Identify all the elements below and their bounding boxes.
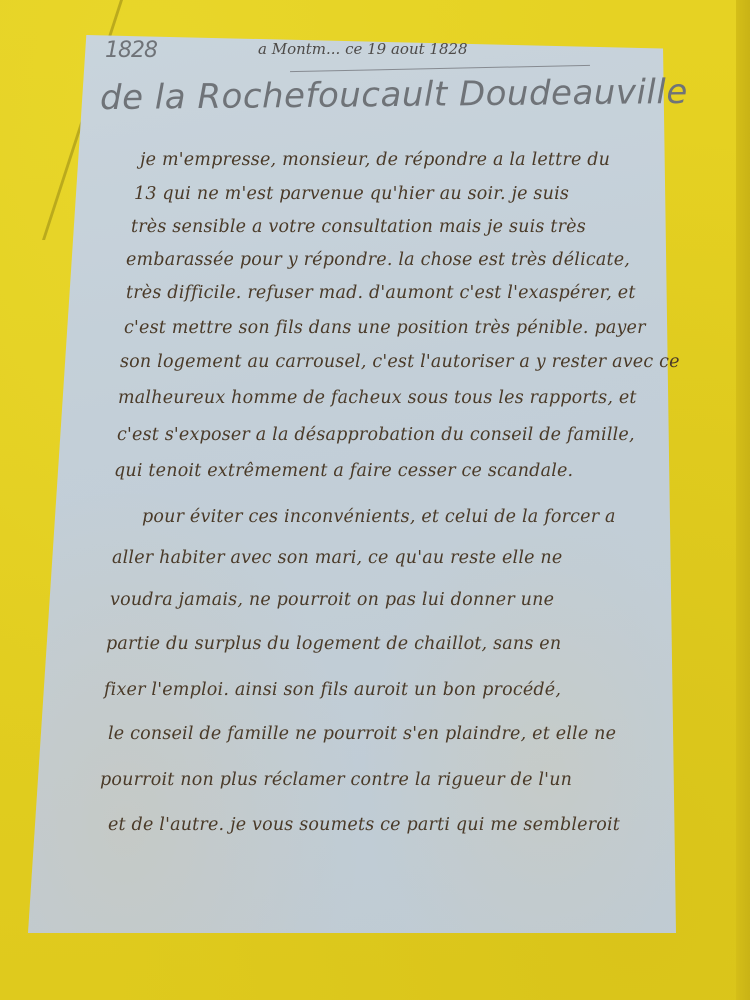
pencil-author-annotation: de la Rochefoucault Doudeauville: [100, 72, 688, 118]
backdrop-edge: [736, 0, 750, 1000]
letter-line: pourroit non plus réclamer contre la rig…: [100, 770, 572, 790]
letter-line: qui tenoit extrêmement a faire cesser ce…: [114, 461, 573, 481]
letter-line: son logement au carrousel, c'est l'autor…: [120, 352, 680, 372]
letter-line: c'est s'exposer a la désapprobation du c…: [117, 425, 635, 445]
letter-line: 13 qui ne m'est parvenue qu'hier au soir…: [134, 184, 569, 204]
letter-line: aller habiter avec son mari, ce qu'au re…: [112, 548, 562, 568]
letter-line: très difficile. refuser mad. d'aumont c'…: [126, 283, 636, 303]
letter-line: partie du surplus du logement de chaillo…: [106, 634, 561, 654]
letter-line: embarassée pour y répondre. la chose est…: [126, 250, 630, 270]
letter-line: pour éviter ces inconvénients, et celui …: [142, 507, 616, 527]
letter-dateline: a Montm... ce 19 aout 1828: [258, 40, 468, 58]
letter-line: voudra jamais, ne pourroit on pas lui do…: [110, 590, 554, 610]
letter-line: malheureux homme de facheux sous tous le…: [118, 388, 637, 408]
pencil-year-annotation: 1828: [105, 38, 157, 63]
letter-line: fixer l'emploi. ainsi son fils auroit un…: [104, 680, 561, 700]
letter-line: et de l'autre. je vous soumets ce parti …: [108, 815, 620, 835]
letter-line: je m'empresse, monsieur, de répondre a l…: [140, 150, 610, 170]
letter-line: le conseil de famille ne pourroit s'en p…: [108, 724, 616, 744]
letter-line: c'est mettre son fils dans une position …: [124, 318, 646, 338]
letter-line: très sensible a votre consultation mais …: [131, 217, 586, 237]
